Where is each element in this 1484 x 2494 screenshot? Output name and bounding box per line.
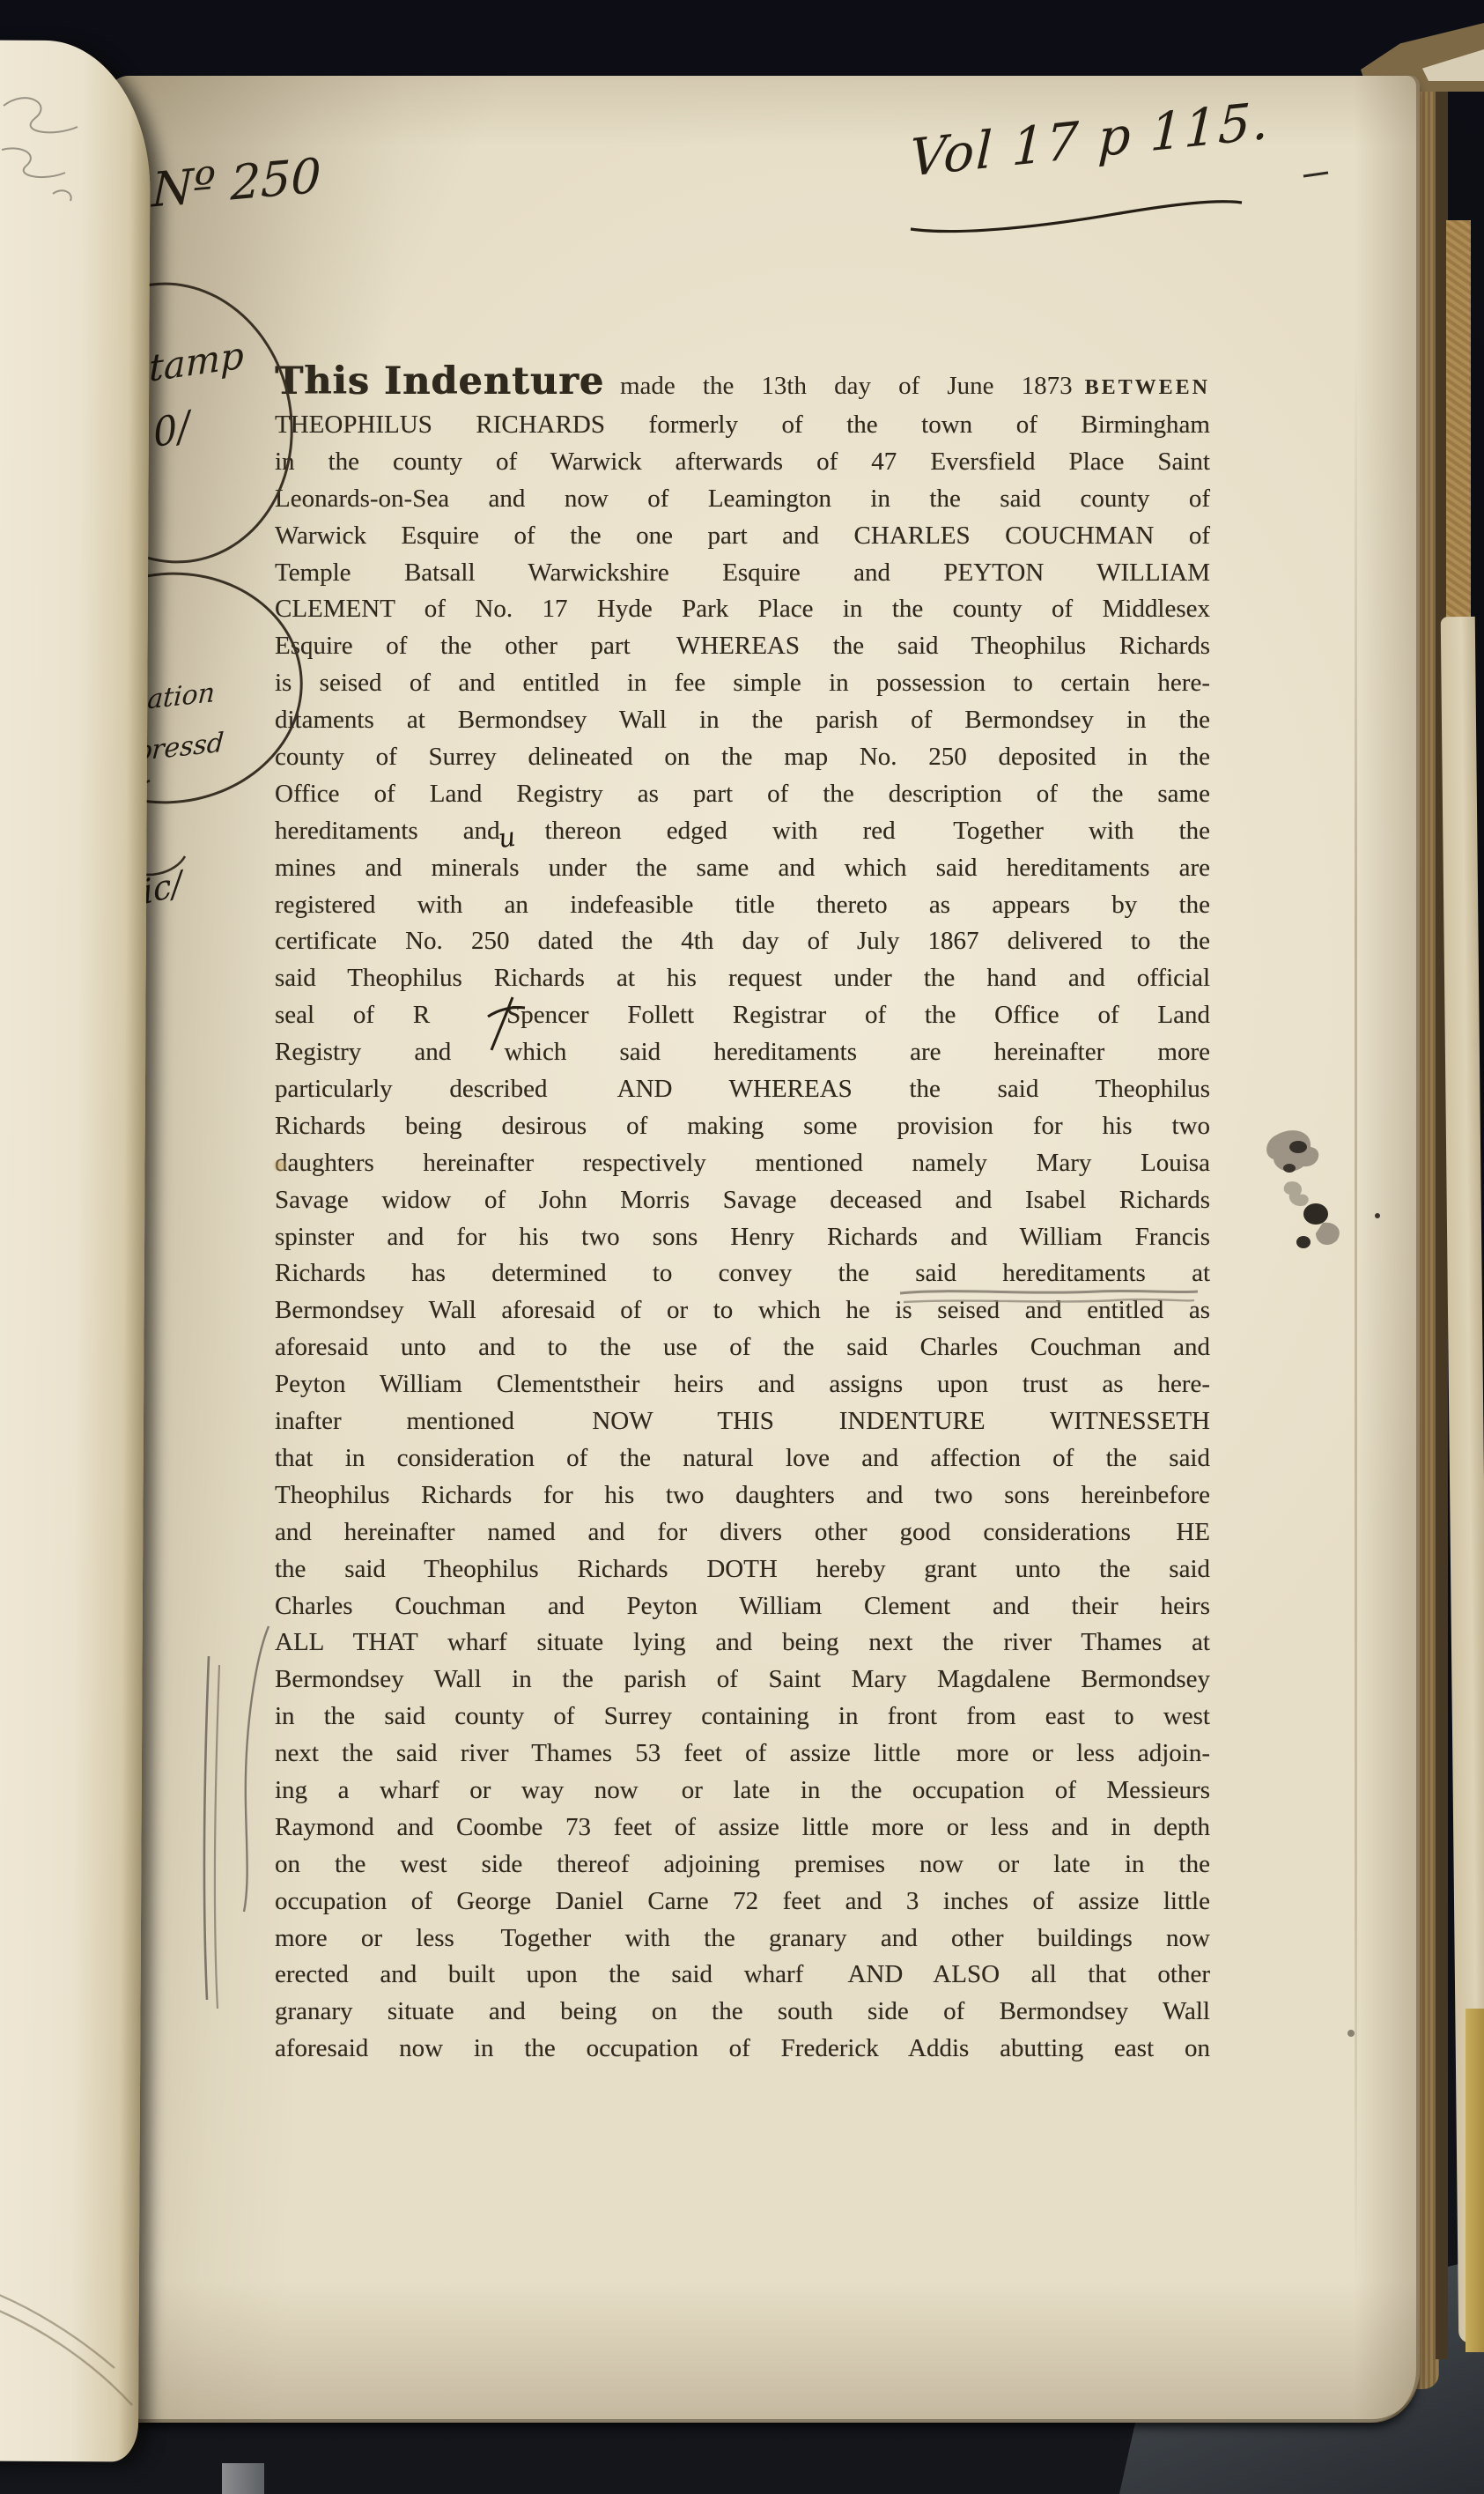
document-line: in the county of Warwick afterwards of 4… xyxy=(275,444,1210,481)
document-lines: THEOPHILUS RICHARDS formerly of the town… xyxy=(275,407,1210,2068)
document-line: said Theophilus Richards at his request … xyxy=(275,960,1210,997)
document-line: ALL THAT wharf situate lying and being n… xyxy=(275,1624,1210,1661)
page-stack-band xyxy=(1446,220,1471,661)
sheet-fold-line xyxy=(0,2273,141,2414)
table-sliver xyxy=(222,2463,264,2494)
document-line: aforesaid unto and to the use of the sai… xyxy=(275,1329,1210,1366)
opening-blackletter: This Indenture xyxy=(275,356,604,407)
document-line: Bermondsey Wall in the parish of Saint M… xyxy=(275,1661,1210,1698)
document-line: the said Theophilus Richards DOTH hereby… xyxy=(275,1551,1210,1588)
document-line: Richards being desirous of making some p… xyxy=(275,1108,1210,1145)
document-line: granary situate and being on the south s… xyxy=(275,1994,1210,2031)
photograph-of-deed: { "annotations": { "doc_number": "Nº 250… xyxy=(0,0,1484,2494)
document-line: ing a wharf or way now or late in the oc… xyxy=(275,1772,1210,1809)
document-line: certificate No. 250 dated the 4th day of… xyxy=(275,923,1210,960)
document-line: erected and built upon the said wharf AN… xyxy=(275,1957,1210,1994)
document-line: spinster and for his two sons Henry Rich… xyxy=(275,1219,1210,1256)
document-line: hereditaments and thereon edged with red… xyxy=(275,813,1210,850)
document-line: Charles Couchman and Peyton William Clem… xyxy=(275,1588,1210,1625)
document-line: Registry and which said hereditaments ar… xyxy=(275,1034,1210,1071)
paper-speck xyxy=(1347,2030,1355,2037)
ink-correction-stroke xyxy=(483,994,535,1055)
pen-dash xyxy=(1302,167,1332,181)
opening-line-middle: made the 13th day of June 1873 xyxy=(604,360,1085,411)
document-line: Peyton William Clementstheir heirs and a… xyxy=(275,1366,1210,1403)
document-line: on the west side thereof adjoining premi… xyxy=(275,1846,1210,1883)
document-line: mines and minerals under the same and wh… xyxy=(275,850,1210,887)
document-line: aforesaid now in the occupation of Frede… xyxy=(275,2031,1210,2068)
faint-pencil-scribbles xyxy=(0,53,106,229)
document-line: next the said river Thames 53 feet of as… xyxy=(275,1735,1210,1772)
pencil-underline xyxy=(895,1283,1203,1313)
pencil-margin-lines xyxy=(181,1621,295,2017)
page-crease xyxy=(1355,352,1357,2290)
document-line: THEOPHILUS RICHARDS formerly of the town… xyxy=(275,407,1210,444)
document-line: Office of Land Registry as part of the d… xyxy=(275,776,1210,813)
deed-text-block: This Indenturemade the 13th day of June … xyxy=(275,356,1210,2068)
volume-ref-underline xyxy=(900,187,1252,240)
document-line: Theophilus Richards for his two daughter… xyxy=(275,1477,1210,1514)
document-line: Warwick Esquire of the one part and CHAR… xyxy=(275,518,1210,555)
document-line: county of Surrey delineated on the map N… xyxy=(275,739,1210,776)
document-line: is seised of and entitled in fee simple … xyxy=(275,665,1210,702)
loose-sheet xyxy=(0,41,151,2462)
document-line: Savage widow of John Morris Savage decea… xyxy=(275,1182,1210,1219)
document-line: Raymond and Coombe 73 feet of assize lit… xyxy=(275,1809,1210,1846)
deed-opening-line: This Indenturemade the 13th day of June … xyxy=(275,356,1210,407)
document-line: and hereinafter named and for divers oth… xyxy=(275,1514,1210,1551)
document-line: that in consideration of the natural lov… xyxy=(275,1440,1210,1477)
document-line: Esquire of the other part WHEREAS the sa… xyxy=(275,628,1210,665)
document-line: registered with an indefeasible title th… xyxy=(275,887,1210,924)
paper-stain xyxy=(273,1159,287,1172)
document-line: daughters hereinafter respectively menti… xyxy=(275,1145,1210,1182)
document-line: seal of R Spencer Follett Registrar of t… xyxy=(275,997,1210,1034)
opening-line-between: BETWEEN xyxy=(1085,362,1210,413)
document-line: Temple Batsall Warwickshire Esquire and … xyxy=(275,555,1210,592)
document-line: particularly described AND WHEREAS the s… xyxy=(275,1071,1210,1108)
document-line: ditaments at Bermondsey Wall in the pari… xyxy=(275,702,1210,739)
page-stack-gold-edge xyxy=(1466,2009,1484,2352)
document-line: inafter mentioned NOW THIS INDENTURE WIT… xyxy=(275,1403,1210,1440)
ink-blot xyxy=(1249,1117,1399,1258)
document-line: in the said county of Surrey containing … xyxy=(275,1698,1210,1735)
document-line: occupation of George Daniel Carne 72 fee… xyxy=(275,1883,1210,1920)
document-line: more or less Together with the granary a… xyxy=(275,1920,1210,1957)
document-line: Leonards-on-Sea and now of Leamington in… xyxy=(275,481,1210,518)
document-line: CLEMENT of No. 17 Hyde Park Place in the… xyxy=(275,591,1210,628)
